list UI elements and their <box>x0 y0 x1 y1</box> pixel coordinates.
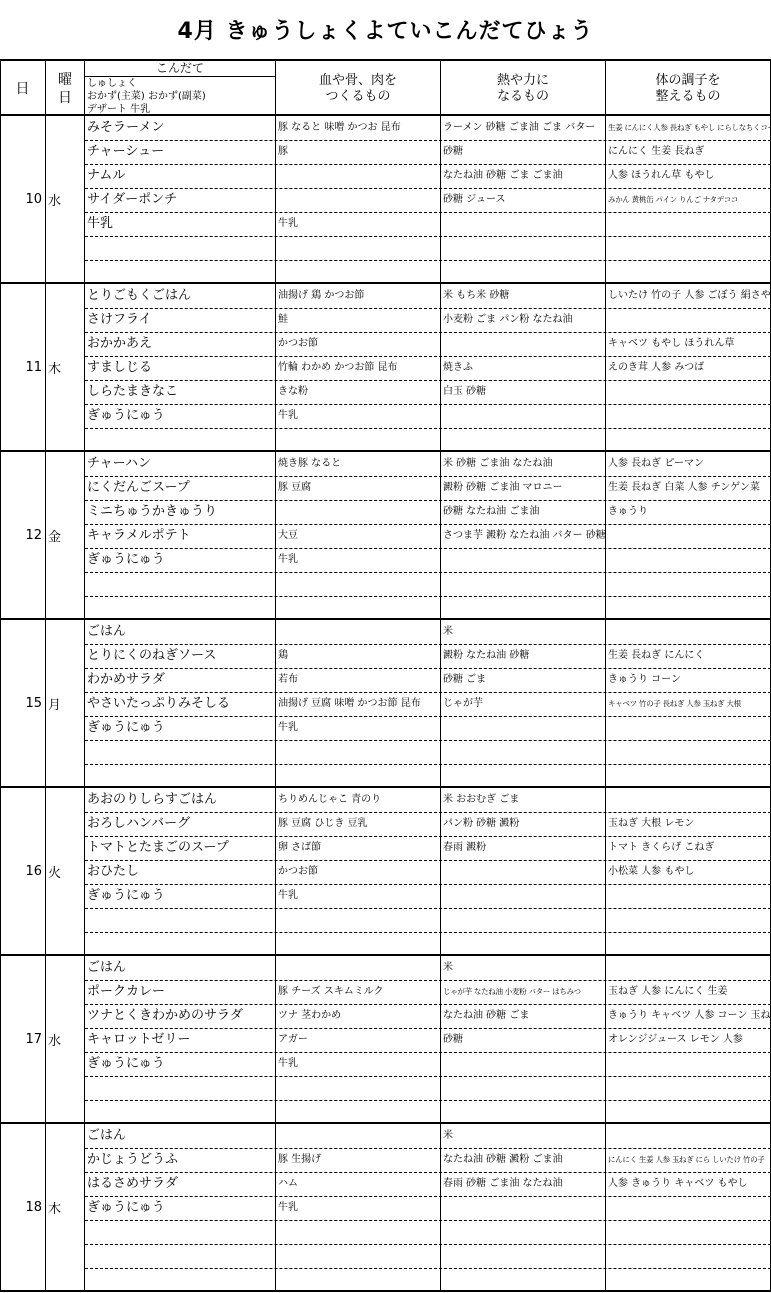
table-row: ごはん米 <box>85 956 771 981</box>
table-row <box>85 1076 771 1101</box>
body-building-foods: アガー <box>278 1028 440 1052</box>
day-number: 17 <box>0 956 42 1122</box>
weekday: 月 <box>48 620 78 786</box>
table-row: ぎゅうにゅう牛乳 <box>85 884 771 909</box>
body-building-foods <box>278 236 440 260</box>
table-row: とりごもくごはん油揚げ 鶏 かつお節米 もち米 砂糖しいたけ 竹の子 人参 ごぼ… <box>85 284 771 309</box>
regulating-foods: キャベツ もやし ほうれん草 <box>608 332 770 356</box>
energy-foods: 砂糖 <box>443 1028 605 1052</box>
body-building-foods <box>278 500 440 524</box>
table-row: キャロットゼリーアガー砂糖オレンジジュース レモン 人参 <box>85 1028 771 1053</box>
regulating-foods <box>608 1100 770 1124</box>
menu-item: ぎゅうにゅう <box>87 1196 275 1220</box>
regulating-foods <box>608 404 770 428</box>
table-row <box>85 596 771 620</box>
body-building-foods <box>278 740 440 764</box>
body-building-foods: 牛乳 <box>278 716 440 740</box>
page-title: 4月 きゅうしょくよていこんだてひょう <box>0 14 771 45</box>
energy-foods <box>443 236 605 260</box>
table-row: ぎゅうにゅう牛乳 <box>85 1052 771 1077</box>
body-building-foods <box>278 1268 440 1292</box>
menu-item <box>87 1268 275 1292</box>
table-row: ポークカレー豚 チーズ スキムミルクじゃが芋 なたね油 小麦粉 バター はちみつ… <box>85 980 771 1005</box>
table-row: キャラメルポテト大豆さつま芋 澱粉 なたね油 バター 砂糖 <box>85 524 771 549</box>
energy-foods: 小麦粉 ごま パン粉 なたね油 <box>443 308 605 332</box>
body-building-foods <box>278 1244 440 1268</box>
menu-item: ごはん <box>87 1124 275 1148</box>
table-row <box>85 908 771 933</box>
regulating-foods <box>608 908 770 932</box>
menu-item <box>87 764 275 788</box>
regulating-foods: 小松菜 人参 もやし <box>608 860 770 884</box>
regulating-foods <box>608 380 770 404</box>
day-block: 17水ごはん米ポークカレー豚 チーズ スキムミルクじゃが芋 なたね油 小麦粉 バ… <box>0 956 771 1124</box>
regulating-foods: キャベツ 竹の子 長ねぎ 人参 玉ねぎ 大根 <box>608 692 770 716</box>
regulating-foods <box>608 1076 770 1100</box>
energy-foods <box>443 428 605 452</box>
menu-item: ぎゅうにゅう <box>87 1052 275 1076</box>
menu-item: やさいたっぷりみそしる <box>87 692 275 716</box>
energy-foods: 春雨 澱粉 <box>443 836 605 860</box>
day-number: 15 <box>0 620 42 786</box>
day-block: 15月ごはん米とりにくのねぎソース鶏澱粉 なたね油 砂糖生姜 長ねぎ にんにくわ… <box>0 620 771 788</box>
header-col-b: 熱や力に なるもの <box>441 61 605 116</box>
table-row: とりにくのねぎソース鶏澱粉 なたね油 砂糖生姜 長ねぎ にんにく <box>85 644 771 669</box>
weekday: 水 <box>48 956 78 1122</box>
energy-foods <box>443 740 605 764</box>
day-block: 12金チャーハン焼き豚 なると米 砂糖 ごま油 なたね油人参 長ねぎ ピーマンに… <box>0 452 771 620</box>
header-col-c-line2: 整えるもの <box>655 89 720 105</box>
menu-item: おろしハンバーグ <box>87 812 275 836</box>
header-col-c-line1: 体の調子を <box>655 73 720 89</box>
regulating-foods <box>608 788 770 812</box>
regulating-foods: 人参 きゅうり キャベツ もやし <box>608 1172 770 1196</box>
regulating-foods: 生姜 長ねぎ にんにく <box>608 644 770 668</box>
table-row <box>85 1220 771 1245</box>
menu-item: すましじる <box>87 356 275 380</box>
weekday: 木 <box>48 284 78 450</box>
body-building-foods: 豚 豆腐 <box>278 476 440 500</box>
table-row: ごはん米 <box>85 1124 771 1149</box>
energy-foods: 米 <box>443 620 605 644</box>
regulating-foods <box>608 572 770 596</box>
day-number: 11 <box>0 284 42 450</box>
body-building-foods <box>278 932 440 956</box>
menu-item <box>87 1220 275 1244</box>
energy-foods: 春雨 砂糖 ごま油 なたね油 <box>443 1172 605 1196</box>
energy-foods <box>443 332 605 356</box>
regulating-foods <box>608 764 770 788</box>
body-building-foods: 豚 <box>278 140 440 164</box>
energy-foods: 米 砂糖 ごま油 なたね油 <box>443 452 605 476</box>
energy-foods <box>443 1244 605 1268</box>
menu-item <box>87 1244 275 1268</box>
body-building-foods: 鶏 <box>278 644 440 668</box>
menu-item <box>87 572 275 596</box>
table-row: あおのりしらすごはんちりめんじゃこ 青のり米 おおむぎ ごま <box>85 788 771 813</box>
menu-item: ぎゅうにゅう <box>87 884 275 908</box>
body-building-foods: 卵 さば節 <box>278 836 440 860</box>
header-col-c: 体の調子を 整えるもの <box>606 61 770 116</box>
menu-item: ミニちゅうかきゅうり <box>87 500 275 524</box>
table-row <box>85 740 771 765</box>
header-col-b-line2: なるもの <box>497 89 549 105</box>
header-kondate-title: こんだて <box>85 61 275 77</box>
table-row <box>85 260 771 284</box>
energy-foods <box>443 572 605 596</box>
menu-item: サイダーポンチ <box>87 188 275 212</box>
body-building-foods: 牛乳 <box>278 212 440 236</box>
header-kondate: こんだて しゅしょく おかず(主菜) おかず(副菜) デザート 牛乳 <box>85 61 275 116</box>
regulating-foods: 玉ねぎ 大根 レモン <box>608 812 770 836</box>
body-building-foods: 若布 <box>278 668 440 692</box>
menu-item <box>87 1076 275 1100</box>
energy-foods <box>443 764 605 788</box>
regulating-foods <box>608 212 770 236</box>
day-block: 11木とりごもくごはん油揚げ 鶏 かつお節米 もち米 砂糖しいたけ 竹の子 人参… <box>0 284 771 452</box>
regulating-foods <box>608 596 770 620</box>
table-row <box>85 572 771 597</box>
regulating-foods: 人参 ほうれん草 もやし <box>608 164 770 188</box>
menu-item <box>87 1100 275 1124</box>
table-row <box>85 1244 771 1269</box>
table-row: しらたまきなこきな粉白玉 砂糖 <box>85 380 771 405</box>
body-building-foods: 牛乳 <box>278 548 440 572</box>
regulating-foods <box>608 1220 770 1244</box>
energy-foods: さつま芋 澱粉 なたね油 バター 砂糖 <box>443 524 605 548</box>
table-row <box>85 236 771 261</box>
energy-foods: なたね油 砂糖 ごま <box>443 1004 605 1028</box>
body-building-foods: ちりめんじゃこ 青のり <box>278 788 440 812</box>
menu-item <box>87 740 275 764</box>
energy-foods <box>443 404 605 428</box>
table-row: さけフライ鮭小麦粉 ごま パン粉 なたね油 <box>85 308 771 333</box>
table-row: おひたしかつお節小松菜 人参 もやし <box>85 860 771 885</box>
menu-item: キャロットゼリー <box>87 1028 275 1052</box>
energy-foods: 白玉 砂糖 <box>443 380 605 404</box>
body-building-foods: かつお節 <box>278 332 440 356</box>
table-row: トマトとたまごのスープ卵 さば節春雨 澱粉トマト きくらげ こねぎ <box>85 836 771 861</box>
body-building-foods <box>278 908 440 932</box>
regulating-foods <box>608 1124 770 1148</box>
body-building-foods <box>278 764 440 788</box>
body-building-foods: 油揚げ 豆腐 味噌 かつお節 昆布 <box>278 692 440 716</box>
body-building-foods: きな粉 <box>278 380 440 404</box>
table-row: ぎゅうにゅう牛乳 <box>85 1196 771 1221</box>
menu-item: キャラメルポテト <box>87 524 275 548</box>
energy-foods: 澱粉 砂糖 ごま油 マロニー <box>443 476 605 500</box>
body-building-foods: 豚 豆腐 ひじき 豆乳 <box>278 812 440 836</box>
menu-item: おかかあえ <box>87 332 275 356</box>
table-row: ぎゅうにゅう牛乳 <box>85 404 771 429</box>
regulating-foods: 玉ねぎ 人参 にんにく 生姜 <box>608 980 770 1004</box>
body-building-foods <box>278 620 440 644</box>
menu-item: ぎゅうにゅう <box>87 404 275 428</box>
energy-foods: 米 もち米 砂糖 <box>443 284 605 308</box>
regulating-foods: えのき茸 人参 みつば <box>608 356 770 380</box>
energy-foods: 米 おおむぎ ごま <box>443 788 605 812</box>
weekday: 火 <box>48 788 78 954</box>
table-row: ミニちゅうかきゅうり砂糖 なたね油 ごま油きゅうり <box>85 500 771 525</box>
energy-foods <box>443 1076 605 1100</box>
energy-foods: 米 <box>443 1124 605 1148</box>
energy-foods: 砂糖 ジュース <box>443 188 605 212</box>
table-row <box>85 1268 771 1292</box>
energy-foods: パン粉 砂糖 澱粉 <box>443 812 605 836</box>
regulating-foods <box>608 260 770 284</box>
header-weekday-line1: 曜 <box>58 71 72 89</box>
table-row: チャーシュー豚砂糖にんにく 生姜 長ねぎ <box>85 140 771 165</box>
header-kondate-sub1: しゅしょく <box>85 77 275 90</box>
regulating-foods <box>608 524 770 548</box>
regulating-foods <box>608 740 770 764</box>
regulating-foods <box>608 932 770 956</box>
regulating-foods <box>608 620 770 644</box>
regulating-foods <box>608 956 770 980</box>
regulating-foods: 生姜 にんにく人参 長ねぎ もやし にらしなちくコーン <box>608 116 770 140</box>
body-building-foods <box>278 188 440 212</box>
body-building-foods: 鮭 <box>278 308 440 332</box>
energy-foods: 砂糖 ごま <box>443 668 605 692</box>
menu-item: おひたし <box>87 860 275 884</box>
header-col-b-line1: 熱や力に <box>497 73 549 89</box>
table-row: すましじる竹輪 わかめ かつお節 昆布焼きふえのき茸 人参 みつば <box>85 356 771 381</box>
menu-item: チャーシュー <box>87 140 275 164</box>
body-building-foods: 竹輪 わかめ かつお節 昆布 <box>278 356 440 380</box>
table-row: やさいたっぷりみそしる油揚げ 豆腐 味噌 かつお節 昆布じゃが芋キャベツ 竹の子… <box>85 692 771 717</box>
energy-foods <box>443 596 605 620</box>
body-building-foods: 豚 チーズ スキムミルク <box>278 980 440 1004</box>
body-building-foods: ツナ 茎わかめ <box>278 1004 440 1028</box>
energy-foods <box>443 212 605 236</box>
header-col-a-line1: 血や骨、肉を <box>319 73 397 89</box>
energy-foods <box>443 260 605 284</box>
table-row <box>85 932 771 956</box>
day-number: 16 <box>0 788 42 954</box>
table-row: はるさめサラダハム春雨 砂糖 ごま油 なたね油人参 きゅうり キャベツ もやし <box>85 1172 771 1197</box>
body-building-foods <box>278 1220 440 1244</box>
body-building-foods <box>278 572 440 596</box>
header-kondate-sub3: デザート 牛乳 <box>85 103 275 116</box>
body-building-foods: 油揚げ 鶏 かつお節 <box>278 284 440 308</box>
energy-foods: 澱粉 なたね油 砂糖 <box>443 644 605 668</box>
energy-foods <box>443 932 605 956</box>
day-block: 10水みそラーメン豚 なると 味噌 かつお 昆布ラーメン 砂糖 ごま油 ごま バ… <box>0 116 771 284</box>
menu-item: とりにくのねぎソース <box>87 644 275 668</box>
table-row: かじょうどうふ豚 生揚げなたね油 砂糖 澱粉 ごま油にんにく 生姜 人参 玉ねぎ… <box>85 1148 771 1173</box>
weekday: 木 <box>48 1124 78 1290</box>
energy-foods <box>443 716 605 740</box>
menu-item <box>87 932 275 956</box>
menu-table: 日 曜 日 こんだて しゅしょく おかず(主菜) おかず(副菜) デザート 牛乳… <box>0 59 771 1292</box>
menu-item: ぎゅうにゅう <box>87 716 275 740</box>
energy-foods: 米 <box>443 956 605 980</box>
day-number: 18 <box>0 1124 42 1290</box>
energy-foods <box>443 1100 605 1124</box>
body-building-foods: 豚 生揚げ <box>278 1148 440 1172</box>
weekday: 金 <box>48 452 78 618</box>
regulating-foods: トマト きくらげ こねぎ <box>608 836 770 860</box>
menu-item: ぎゅうにゅう <box>87 548 275 572</box>
regulating-foods: オレンジジュース レモン 人参 <box>608 1028 770 1052</box>
regulating-foods <box>608 1268 770 1292</box>
menu-item: トマトとたまごのスープ <box>87 836 275 860</box>
menu-item: はるさめサラダ <box>87 1172 275 1196</box>
body-building-foods <box>278 956 440 980</box>
regulating-foods <box>608 236 770 260</box>
body-building-foods <box>278 596 440 620</box>
header-weekday-line2: 日 <box>58 89 72 107</box>
body-building-foods: 大豆 <box>278 524 440 548</box>
body-building-foods: ハム <box>278 1172 440 1196</box>
menu-item <box>87 260 275 284</box>
energy-foods: なたね油 砂糖 ごま ごま油 <box>443 164 605 188</box>
menu-item: あおのりしらすごはん <box>87 788 275 812</box>
energy-foods: 焼きふ <box>443 356 605 380</box>
menu-item: しらたまきなこ <box>87 380 275 404</box>
day-number: 12 <box>0 452 42 618</box>
table-row: おろしハンバーグ豚 豆腐 ひじき 豆乳パン粉 砂糖 澱粉玉ねぎ 大根 レモン <box>85 812 771 837</box>
header-weekday: 曜 日 <box>46 61 84 116</box>
energy-foods: じゃが芋 <box>443 692 605 716</box>
menu-item: わかめサラダ <box>87 668 275 692</box>
menu-item <box>87 908 275 932</box>
table-row: みそラーメン豚 なると 味噌 かつお 昆布ラーメン 砂糖 ごま油 ごま バター生… <box>85 116 771 141</box>
table-row: チャーハン焼き豚 なると米 砂糖 ごま油 なたね油人参 長ねぎ ピーマン <box>85 452 771 477</box>
menu-item: ポークカレー <box>87 980 275 1004</box>
menu-item <box>87 236 275 260</box>
table-row: ナムルなたね油 砂糖 ごま ごま油人参 ほうれん草 もやし <box>85 164 771 189</box>
body-building-foods <box>278 1100 440 1124</box>
table-row <box>85 764 771 788</box>
day-block: 16火あおのりしらすごはんちりめんじゃこ 青のり米 おおむぎ ごまおろしハンバー… <box>0 788 771 956</box>
header-day: 日 <box>0 61 45 116</box>
table-row: ぎゅうにゅう牛乳 <box>85 716 771 741</box>
regulating-foods <box>608 428 770 452</box>
regulating-foods: にんにく 生姜 人参 玉ねぎ にら しいたけ 竹の子 <box>608 1148 770 1172</box>
body-building-foods <box>278 164 440 188</box>
body-building-foods: 焼き豚 なると <box>278 452 440 476</box>
regulating-foods: 人参 長ねぎ ピーマン <box>608 452 770 476</box>
menu-item <box>87 428 275 452</box>
energy-foods: 砂糖 なたね油 ごま油 <box>443 500 605 524</box>
regulating-foods <box>608 1244 770 1268</box>
energy-foods <box>443 1268 605 1292</box>
header-col-a: 血や骨、肉を つくるもの <box>276 61 440 116</box>
regulating-foods: きゅうり コーン <box>608 668 770 692</box>
table-row: ごはん米 <box>85 620 771 645</box>
energy-foods: 砂糖 <box>443 140 605 164</box>
regulating-foods <box>608 884 770 908</box>
energy-foods <box>443 548 605 572</box>
body-building-foods: 牛乳 <box>278 1196 440 1220</box>
menu-item: にくだんごスープ <box>87 476 275 500</box>
energy-foods <box>443 1220 605 1244</box>
energy-foods <box>443 860 605 884</box>
body-building-foods <box>278 1124 440 1148</box>
body-building-foods: 牛乳 <box>278 1052 440 1076</box>
body-building-foods: 牛乳 <box>278 884 440 908</box>
table-row: サイダーポンチ砂糖 ジュースみかん 黄桃缶 パイン りんご ナタデココ <box>85 188 771 213</box>
table-row <box>85 1100 771 1124</box>
energy-foods <box>443 1196 605 1220</box>
regulating-foods <box>608 1196 770 1220</box>
day-block: 18木ごはん米かじょうどうふ豚 生揚げなたね油 砂糖 澱粉 ごま油にんにく 生姜… <box>0 1124 771 1292</box>
menu-item: ツナとくきわかめのサラダ <box>87 1004 275 1028</box>
energy-foods: ラーメン 砂糖 ごま油 ごま バター <box>443 116 605 140</box>
regulating-foods: みかん 黄桃缶 パイン りんご ナタデココ <box>608 188 770 212</box>
body-building-foods: 牛乳 <box>278 404 440 428</box>
regulating-foods: きゅうり <box>608 500 770 524</box>
regulating-foods: にんにく 生姜 長ねぎ <box>608 140 770 164</box>
menu-item: みそラーメン <box>87 116 275 140</box>
table-row <box>85 428 771 452</box>
regulating-foods: きゅうり キャベツ 人参 コーン 玉ねぎ <box>608 1004 770 1028</box>
menu-item: さけフライ <box>87 308 275 332</box>
regulating-foods: 生姜 長ねぎ 白菜 人参 チンゲン菜 <box>608 476 770 500</box>
regulating-foods <box>608 716 770 740</box>
menu-item: ごはん <box>87 956 275 980</box>
day-number: 10 <box>0 116 42 282</box>
energy-foods: じゃが芋 なたね油 小麦粉 バター はちみつ <box>443 980 605 1004</box>
weekday: 水 <box>48 116 78 282</box>
regulating-foods <box>608 1052 770 1076</box>
body-building-foods <box>278 1076 440 1100</box>
body-building-foods <box>278 260 440 284</box>
body-building-foods <box>278 428 440 452</box>
menu-item: かじょうどうふ <box>87 1148 275 1172</box>
regulating-foods <box>608 548 770 572</box>
table-row: 牛乳牛乳 <box>85 212 771 237</box>
header-kondate-sub2: おかず(主菜) おかず(副菜) <box>85 90 275 103</box>
menu-item: ごはん <box>87 620 275 644</box>
table-row: おかかあえかつお節キャベツ もやし ほうれん草 <box>85 332 771 357</box>
table-row: ツナとくきわかめのサラダツナ 茎わかめなたね油 砂糖 ごまきゅうり キャベツ 人… <box>85 1004 771 1029</box>
table-row: にくだんごスープ豚 豆腐澱粉 砂糖 ごま油 マロニー生姜 長ねぎ 白菜 人参 チ… <box>85 476 771 501</box>
table-row: ぎゅうにゅう牛乳 <box>85 548 771 573</box>
energy-foods <box>443 1052 605 1076</box>
menu-item: とりごもくごはん <box>87 284 275 308</box>
menu-item: 牛乳 <box>87 212 275 236</box>
body-building-foods: かつお節 <box>278 860 440 884</box>
body-building-foods: 豚 なると 味噌 かつお 昆布 <box>278 116 440 140</box>
menu-item <box>87 596 275 620</box>
menu-item: ナムル <box>87 164 275 188</box>
energy-foods <box>443 884 605 908</box>
menu-item: チャーハン <box>87 452 275 476</box>
energy-foods <box>443 908 605 932</box>
regulating-foods: しいたけ 竹の子 人参 ごぼう 絹さや <box>608 284 770 308</box>
day-blocks: 10水みそラーメン豚 なると 味噌 かつお 昆布ラーメン 砂糖 ごま油 ごま バ… <box>0 116 771 1292</box>
energy-foods: なたね油 砂糖 澱粉 ごま油 <box>443 1148 605 1172</box>
regulating-foods <box>608 308 770 332</box>
table-row: わかめサラダ若布砂糖 ごまきゅうり コーン <box>85 668 771 693</box>
table-header: 日 曜 日 こんだて しゅしょく おかず(主菜) おかず(副菜) デザート 牛乳… <box>0 59 771 116</box>
header-col-a-line2: つくるもの <box>325 89 390 105</box>
